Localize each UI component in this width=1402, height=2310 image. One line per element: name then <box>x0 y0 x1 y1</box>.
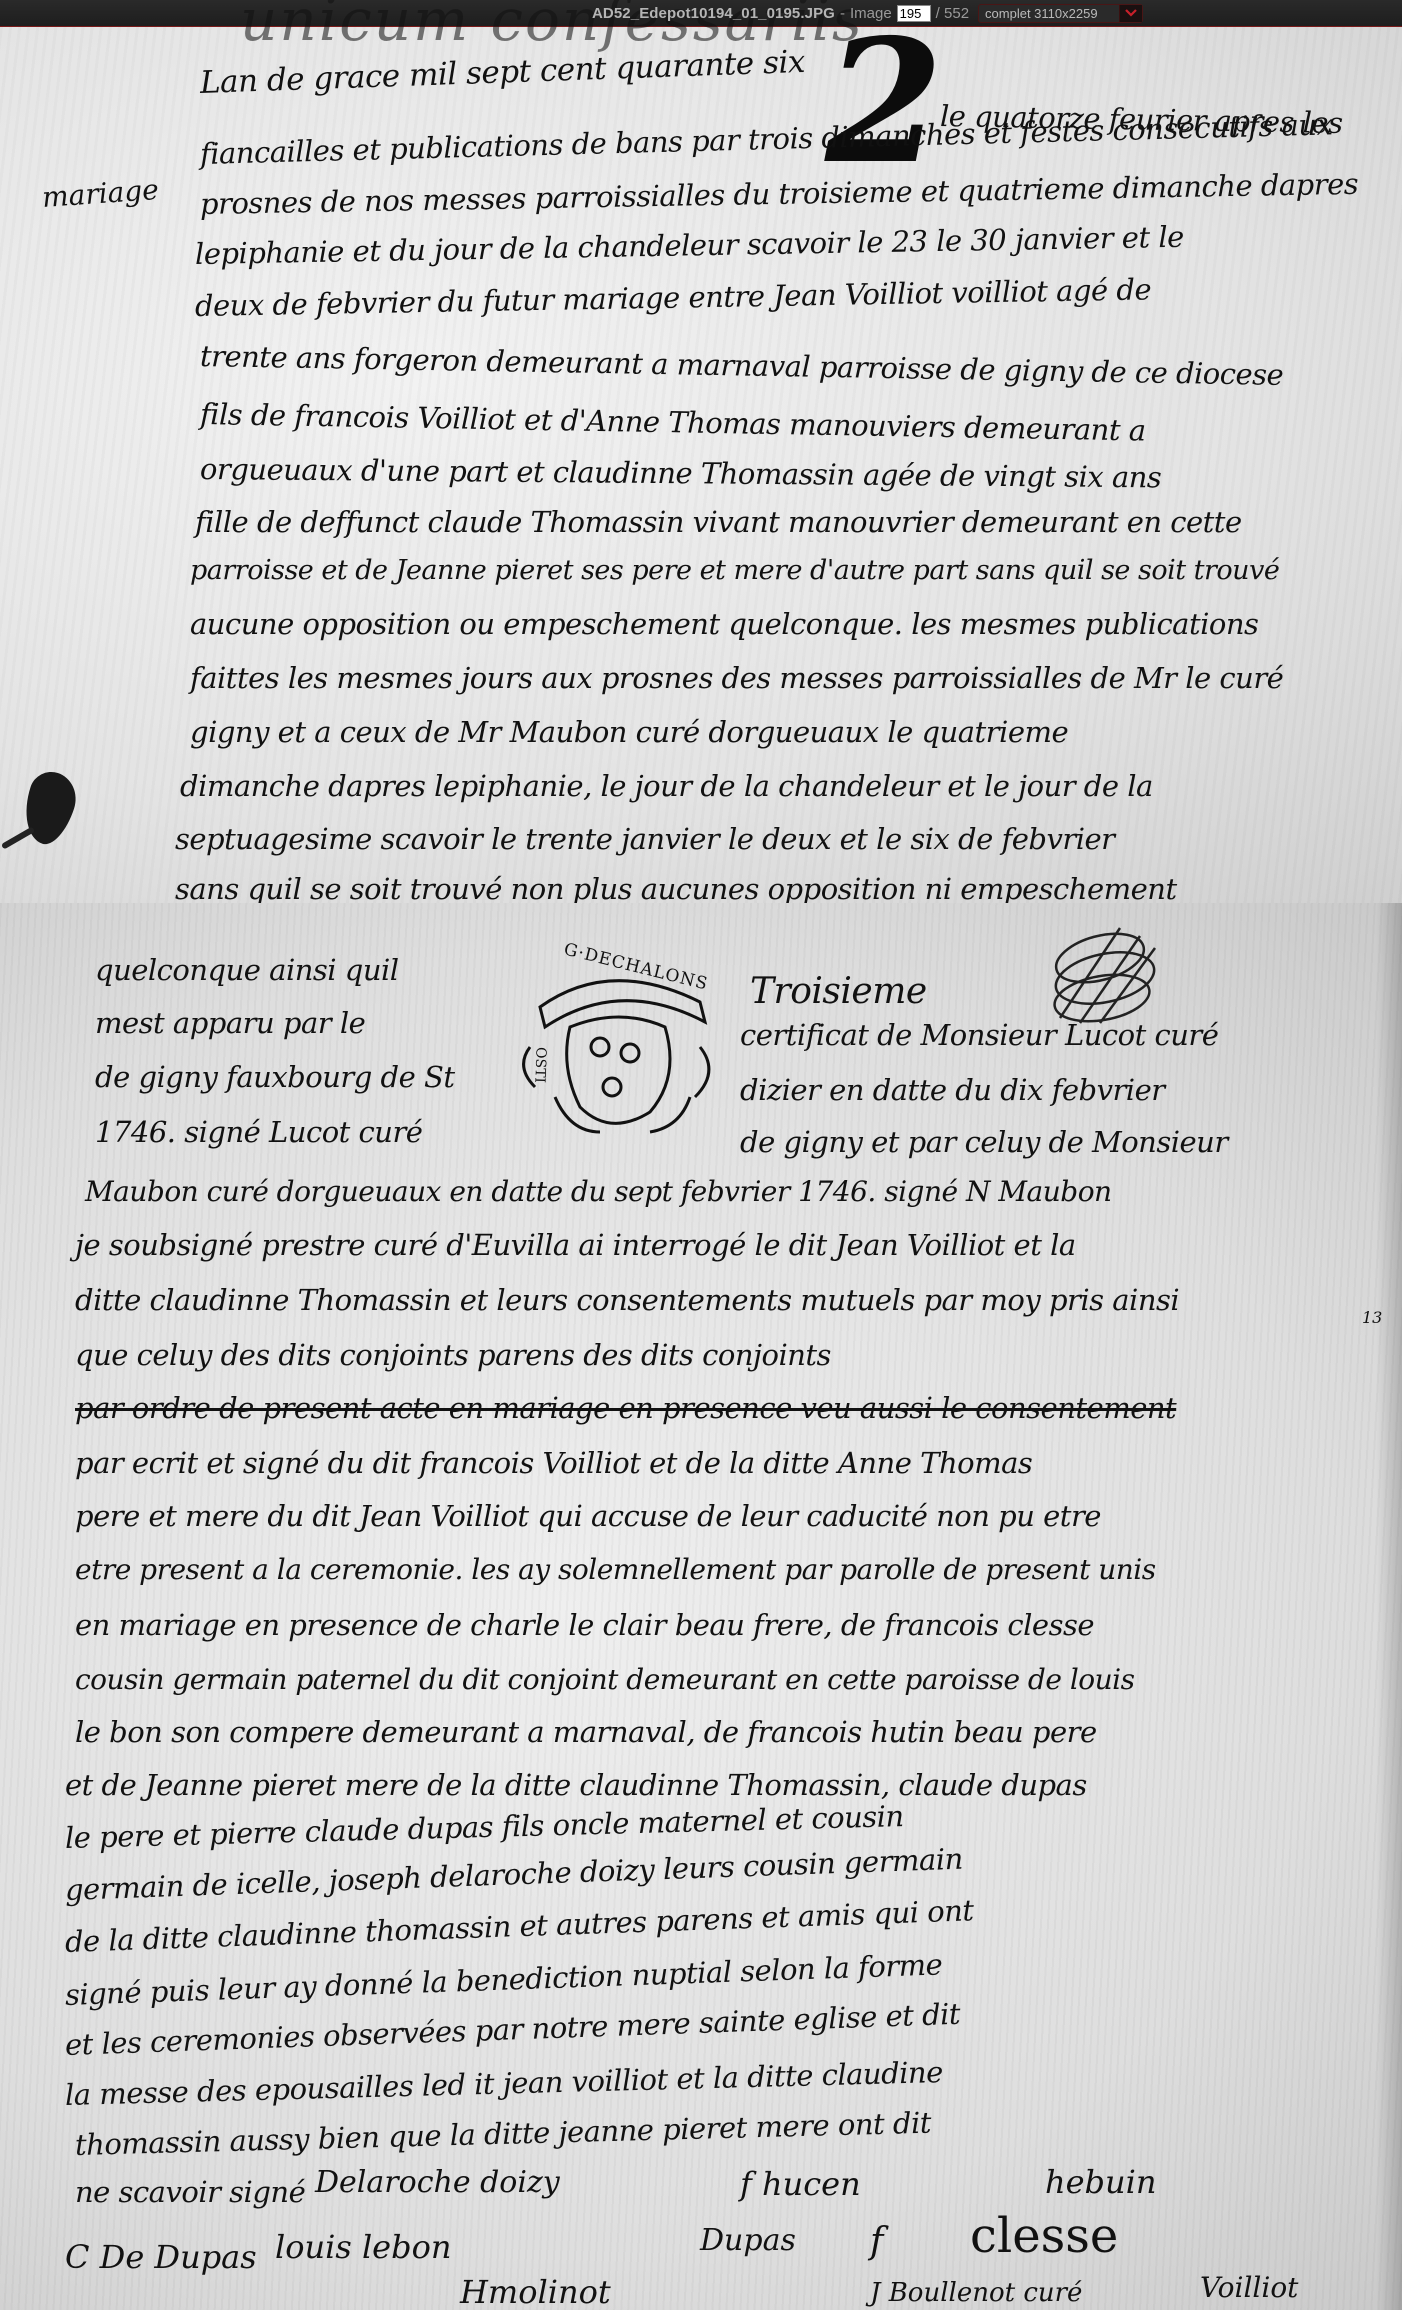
manuscript-line: trente ans forgeron demeurant a marnaval… <box>200 339 1284 392</box>
manuscript-line: quelconque ainsi quil <box>95 953 399 987</box>
manuscript-line: sans quil se soit trouvé non plus aucune… <box>175 872 1177 903</box>
image-number-input[interactable] <box>897 5 931 22</box>
manuscript-line: ditte claudinne Thomassin et leurs conse… <box>75 1283 1179 1317</box>
view-mode-dropdown[interactable]: complet 3110x2259 <box>978 4 1143 23</box>
manuscript-line: ne scavoir signé <box>75 2175 305 2209</box>
manuscript-line: que celuy des dits conjoints parens des … <box>75 1338 831 1372</box>
signature: Dupas <box>700 2223 796 2258</box>
manuscript-line: fille de deffunct claude Thomassin vivan… <box>195 505 1242 539</box>
manuscript-line: de gigny fauxbourg de St <box>95 1060 455 1094</box>
signature: f hucen <box>740 2165 861 2203</box>
signature: clesse <box>970 2208 1118 2264</box>
ink-blot-tail <box>1 826 35 849</box>
document-page-upper: 2 mariage Lan de grace mil sept cent qua… <box>0 27 1402 903</box>
manuscript-line: cousin germain paternel du dit conjoint … <box>75 1663 1135 1696</box>
manuscript-line: fils de francois Voilliot et d'Anne Thom… <box>200 397 1146 447</box>
manuscript-line: de la ditte claudinne thomassin et autre… <box>64 1893 974 1959</box>
manuscript-line: faittes les mesmes jours aux prosnes des… <box>190 661 1283 695</box>
signature: hebuin <box>1045 2163 1156 2201</box>
manuscript-line: certificat de Monsieur Lucot curé <box>740 1018 1218 1052</box>
chevron-down-icon[interactable] <box>1119 5 1142 22</box>
seal-side-inscription: OSTI <box>531 1047 548 1083</box>
manuscript-line: Maubon curé dorgueuaux en datte du sept … <box>85 1175 1112 1208</box>
manuscript-line: je soubsigné prestre curé d'Euvilla ai i… <box>75 1228 1076 1262</box>
manuscript-line: thomassin aussy bien que la ditte jeanne… <box>75 2106 932 2162</box>
signature: Delaroche doizy <box>315 2165 560 2200</box>
manuscript-line: mest apparu par le <box>95 1006 365 1040</box>
manuscript-line: lepiphanie et du jour de la chandeleur s… <box>195 220 1184 271</box>
margin-note-mariage: mariage <box>41 173 160 214</box>
viewer-toolbar: unicum confessariis AD52_Edepot10194_01_… <box>0 0 1402 27</box>
image-total-count: / 552 <box>936 5 969 22</box>
manuscript-line: de gigny et par celuy de Monsieur <box>740 1125 1228 1159</box>
manuscript-line: aucune opposition ou empeschement quelco… <box>190 607 1258 641</box>
signature: Hmolinot <box>460 2273 611 2310</box>
manuscript-line: orgueuaux d'une part et claudinne Thomas… <box>200 452 1162 494</box>
manuscript-line: en mariage en presence de charle le clai… <box>75 1608 1094 1642</box>
coat-of-arms-stamp: G·DECHALONS OSTI <box>500 947 740 1137</box>
folio-mark: 13 <box>1362 1308 1382 1327</box>
manuscript-line: le pere et pierre claude dupas fils oncl… <box>65 1799 904 1855</box>
signature: Voilliot <box>1200 2271 1298 2304</box>
manuscript-line: prosnes de nos messes parroissialles du … <box>200 167 1359 221</box>
signature: J Boullenot curé <box>870 2278 1082 2308</box>
signature: louis lebon <box>275 2228 451 2266</box>
manuscript-line: deux de febvrier du futur mariage entre … <box>195 272 1152 323</box>
manuscript-line: 1746. signé Lucot curé <box>95 1115 422 1149</box>
image-filename: AD52_Edepot10194_01_0195.JPG <box>592 5 835 22</box>
view-mode-value: complet 3110x2259 <box>985 6 1098 21</box>
toolbar-controls: AD52_Edepot10194_01_0195.JPG - Image / 5… <box>592 3 1143 23</box>
manuscript-line: la messe des epousailles led it jean voi… <box>65 2055 944 2112</box>
signature: C De Dupas <box>65 2238 257 2276</box>
manuscript-line: dizier en datte du dix febvrier <box>740 1073 1165 1107</box>
manuscript-line: pere et mere du dit Jean Voilliot qui ac… <box>75 1499 1101 1533</box>
manuscript-heading-troisieme: Troisieme <box>750 971 927 1012</box>
manuscript-line: le bon son compere demeurant a marnaval,… <box>75 1715 1097 1749</box>
manuscript-line: septuagesime scavoir le trente janvier l… <box>175 822 1115 856</box>
manuscript-line: fiancailles et publications de bans par … <box>200 107 1333 171</box>
manuscript-line: gigny et a ceux de Mr Maubon curé dorgue… <box>190 715 1068 749</box>
manuscript-line: etre present a la ceremonie. les ay sole… <box>75 1553 1156 1586</box>
manuscript-line-struck: par ordre de present acte en mariage en … <box>75 1391 1176 1425</box>
manuscript-line: parroisse et de Jeanne pieret ses pere e… <box>190 555 1279 586</box>
document-page-lower: G·DECHALONS OSTI quelconque ainsi quil m… <box>0 903 1402 2310</box>
image-label: Image <box>850 5 892 22</box>
signature: f <box>870 2221 883 2262</box>
manuscript-line: par ecrit et signé du dit francois Voill… <box>75 1446 1032 1480</box>
title-separator: - <box>840 5 845 22</box>
manuscript-line: et de Jeanne pieret mere de la ditte cla… <box>65 1768 1087 1802</box>
paraph-scribble-icon <box>1030 918 1170 1033</box>
manuscript-line: dimanche dapres lepiphanie, le jour de l… <box>180 769 1153 803</box>
